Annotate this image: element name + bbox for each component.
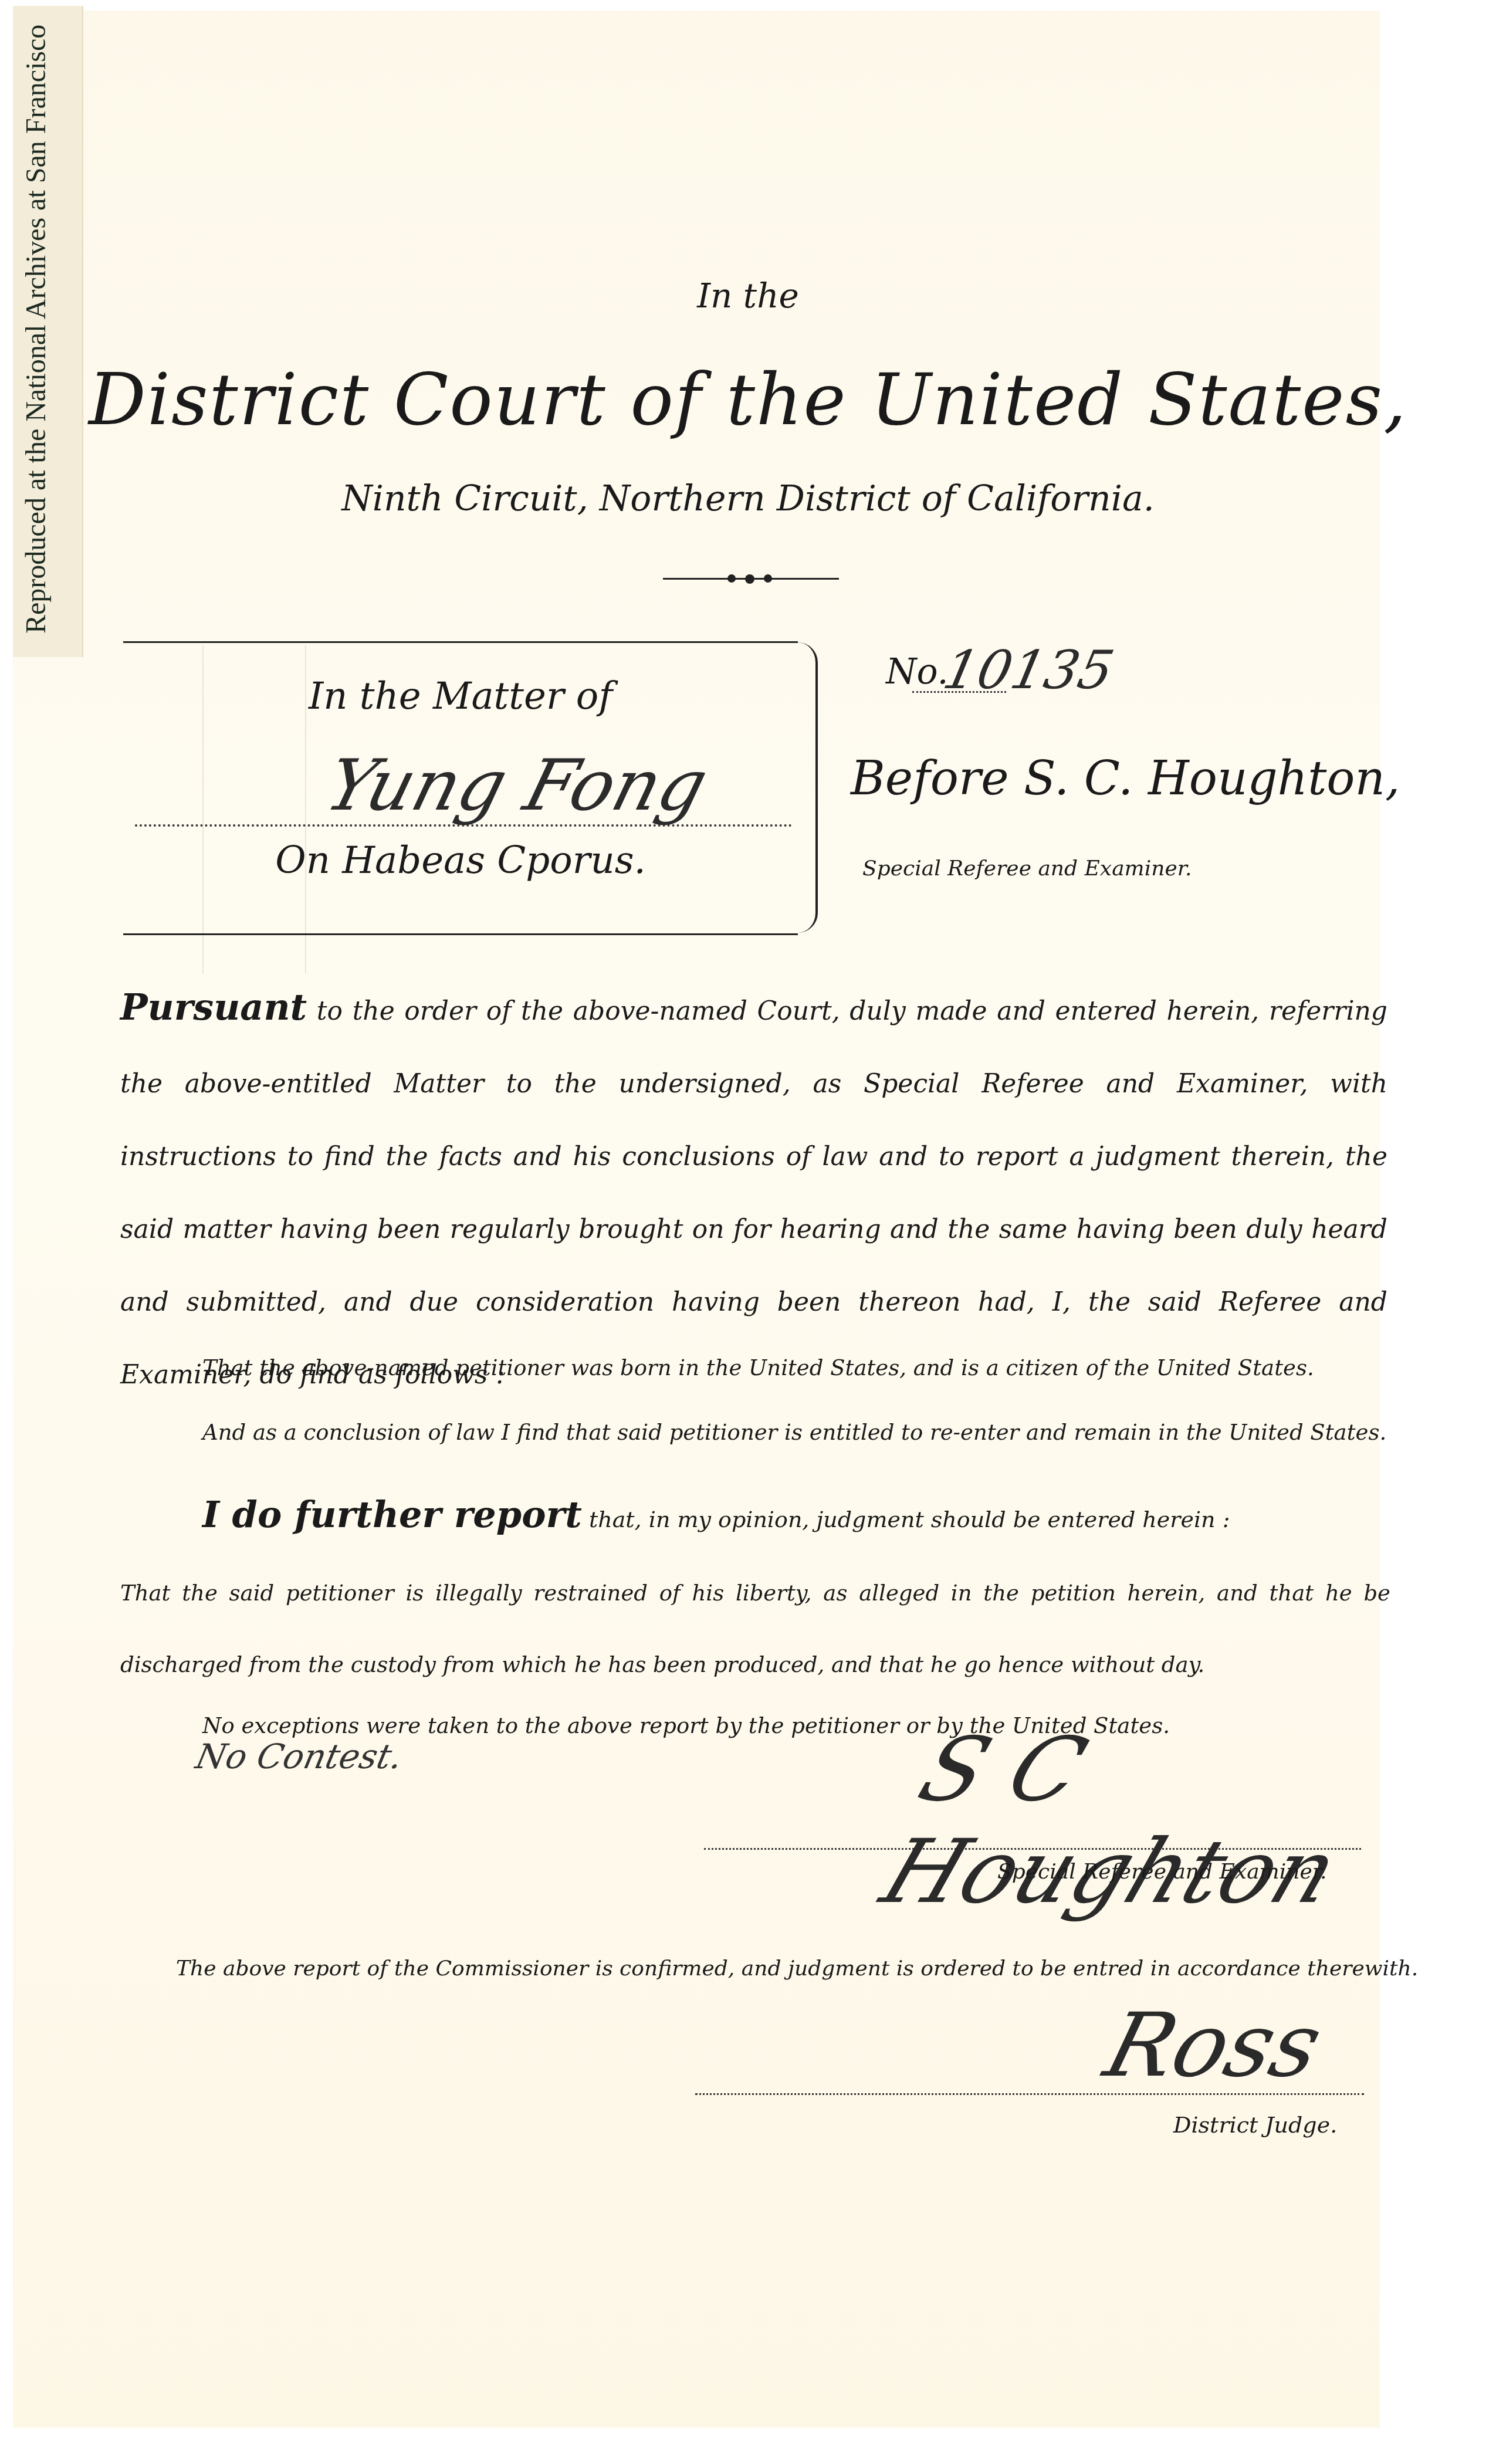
before-referee: Before S. C. Houghton, — [851, 751, 1400, 805]
referee-signature: S C Houghton — [869, 1719, 1496, 1923]
archive-label: Reproduced at the National Archives at S… — [20, 25, 52, 634]
ornament-dot — [727, 574, 736, 583]
case-number-label: No. — [886, 651, 949, 692]
petitioner-name-handwritten: Yung Fong — [317, 745, 716, 827]
judge-signature-caption: District Judge. — [1173, 2112, 1337, 2138]
confirmation-statement: The above report of the Commissioner is … — [176, 1957, 1418, 1981]
matter-label: In the Matter of — [123, 675, 798, 718]
ornament-dot — [764, 574, 772, 583]
finding-of-fact: That the above-named petitioner was born… — [202, 1355, 1314, 1380]
pursuant-lead: Pursuant — [120, 986, 307, 1028]
judge-signature: Ross — [1095, 1995, 1332, 2097]
judgment-paragraph: That the said petitioner is illegally re… — [120, 1558, 1390, 1701]
proceeding-type: On Habeas Cporus. — [123, 839, 798, 882]
conclusion-of-law: And as a conclusion of law I find that s… — [202, 1420, 1386, 1445]
pursuant-text: to the order of the above-named Court, d… — [120, 996, 1387, 1390]
pursuant-paragraph: Pursuant to the order of the above-named… — [120, 971, 1387, 1412]
ornament-divider — [663, 578, 839, 582]
court-title: District Court of the United States, — [0, 358, 1496, 441]
further-report: I do further report that, in my opinion,… — [202, 1493, 1230, 1536]
referee-title: Special Referee and Examiner. — [862, 857, 1192, 881]
brace-divider — [798, 642, 818, 933]
ornament-dot — [745, 574, 754, 584]
header-in-the: In the — [0, 276, 1496, 316]
circuit-subtitle: Ninth Circuit, Northern District of Cali… — [0, 478, 1496, 519]
further-report-lead: I do further report — [202, 1493, 582, 1536]
no-contest-handwritten: No Contest. — [192, 1737, 406, 1776]
case-number-handwritten: 10135 — [938, 639, 1119, 701]
further-report-text: that, in my opinion, judgment should be … — [589, 1507, 1230, 1532]
referee-signature-caption: Special Referee and Examiner. — [997, 1860, 1326, 1884]
